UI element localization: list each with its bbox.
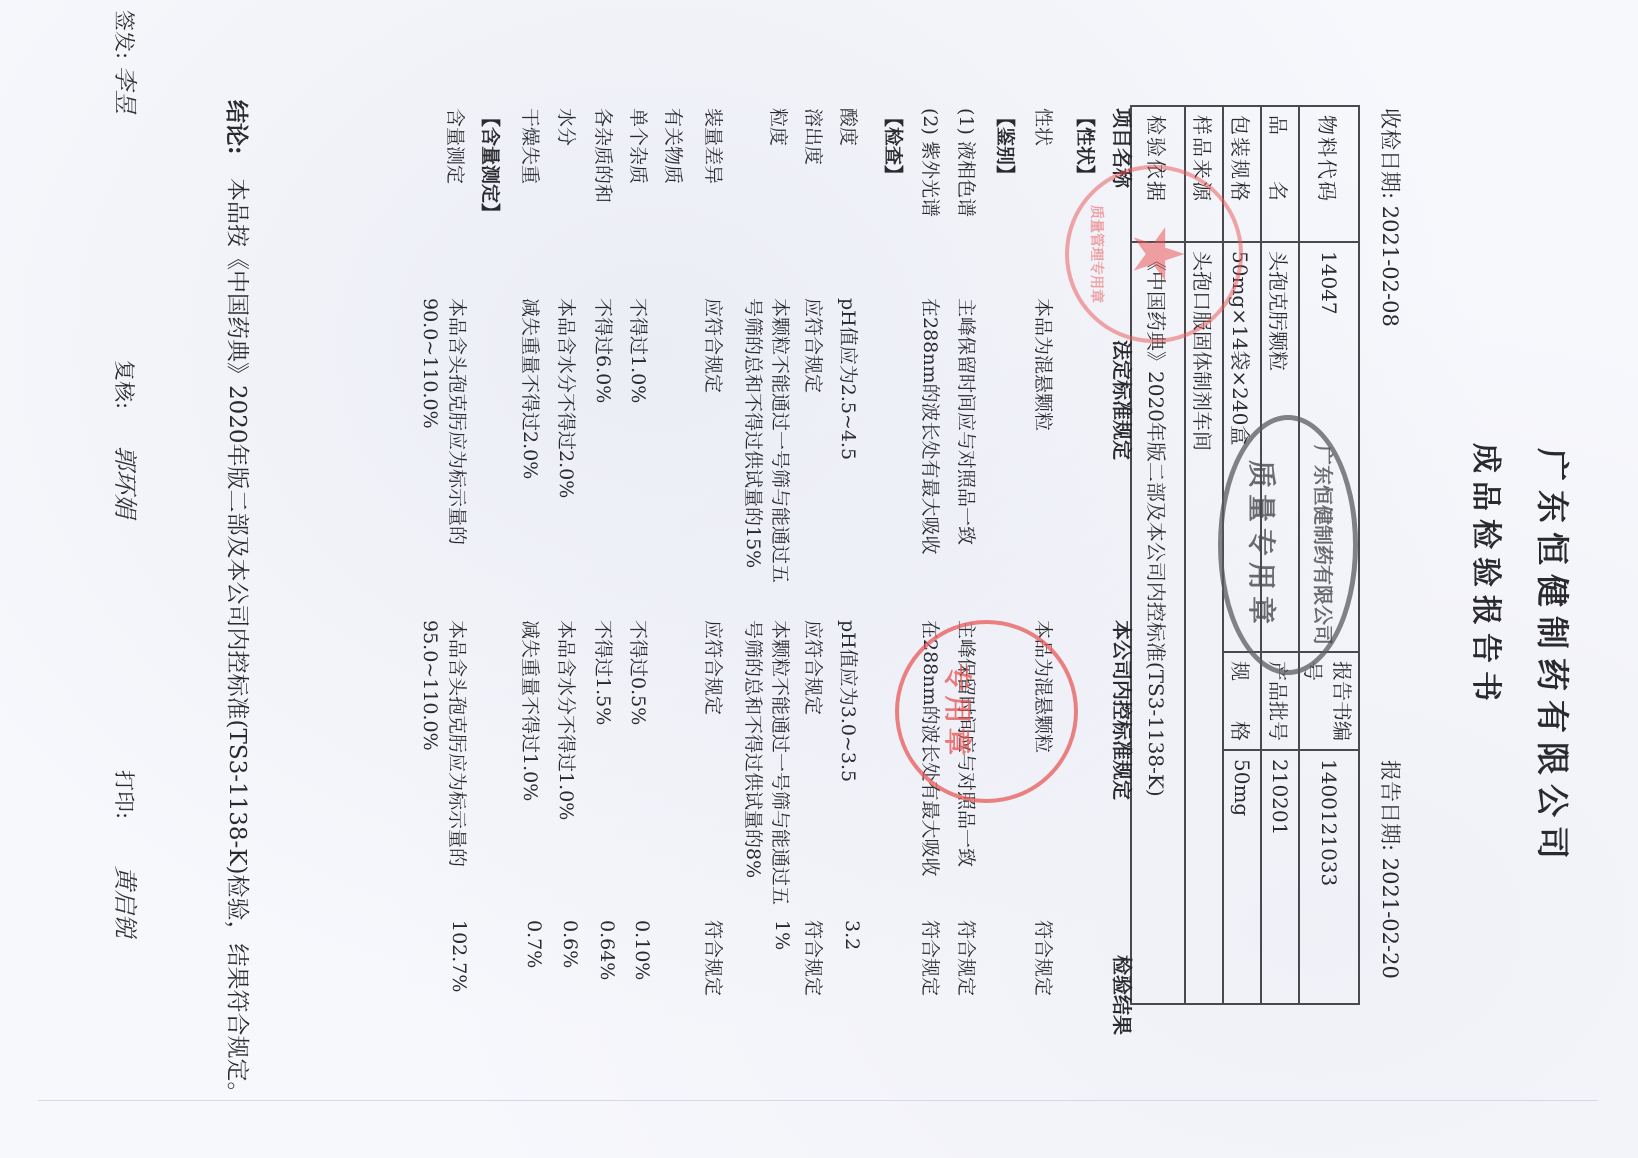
- item-name: 【含量测定】: [478, 108, 505, 222]
- batch-no-label: 产品批号: [1261, 652, 1299, 750]
- table-row: 溶出度应符合规定应符合规定符合规定: [798, 0, 828, 1158]
- table-row: 性状本品为混悬颗粒本品为混悬颗粒符合规定: [1028, 0, 1058, 1158]
- result-value: 0.10%: [631, 920, 653, 980]
- conclusion-label: 结论:: [220, 100, 253, 178]
- table-row: (1) 液相色谱主峰保留时间应与对照品一致主峰保留时间应与对照品一致符合规定: [951, 0, 981, 1158]
- result-value: 0.6%: [559, 920, 581, 968]
- table-row: 【含量测定】: [475, 0, 505, 1158]
- printer-signature: 打印: 黄启锐: [110, 770, 145, 938]
- item-name: 粒度: [766, 108, 793, 146]
- item-name: 各杂质的和: [591, 108, 618, 203]
- company-name: 广东恒健制药有限公司: [1531, 448, 1578, 868]
- item-name: 【性状】: [1073, 108, 1100, 184]
- legal-standard: 不得过6.0%: [591, 298, 618, 403]
- item-name: 【鉴别】: [993, 108, 1020, 184]
- review-sign: 郭环娟: [111, 446, 139, 518]
- receive-date: 收检日期: 2021-02-08: [1376, 108, 1406, 327]
- result-value: 符合规定: [954, 920, 981, 996]
- table-row: 有关物质: [658, 0, 688, 1158]
- result-value: 0.64%: [596, 920, 618, 980]
- col-legal-standard: 法定标准规定: [1109, 340, 1138, 460]
- print-label: 打印:: [112, 770, 136, 819]
- basis-label: 检验依据: [1131, 106, 1185, 242]
- result-value: 1%: [771, 920, 793, 950]
- item-name: 性状: [1031, 108, 1058, 146]
- table-row: 粒度本颗粒不能通过一号筛与能通过五号筛的总和不得过供试量的15%本颗粒不能通过一…: [763, 0, 793, 1158]
- spec-label: 规 格: [1223, 652, 1261, 750]
- basis-value: 《中国药典》2020年版二部及本公司内控标准(TS3-1138-K): [1131, 242, 1185, 1004]
- table-row: 各杂质的和不得过6.0%不得过1.5%0.64%: [588, 0, 618, 1158]
- item-name: 水分: [554, 108, 581, 146]
- legal-standard: 本品含头孢克肟应为标示量的90.0~110.0%: [416, 298, 470, 598]
- item-name: (1) 液相色谱: [954, 108, 981, 217]
- issue-label: 签发:: [112, 10, 136, 59]
- table-row: 干燥失重减失重量不得过2.0%减失重量不得过1.0%0.7%: [515, 0, 545, 1158]
- report-title: 成品检验报告书: [1467, 443, 1511, 709]
- report-date: 报告日期: 2021-02-20: [1376, 760, 1406, 979]
- spec-value: 50mg: [1223, 750, 1261, 1004]
- issue-sign: 李昱: [111, 66, 139, 114]
- result-value: 102.7%: [448, 920, 470, 992]
- table-row: 装量差异应符合规定应符合规定符合规定: [698, 0, 728, 1158]
- company-standard: 本颗粒不能通过一号筛与能通过五号筛的总和不得过供试量的8%: [739, 620, 793, 920]
- item-name: 有关物质: [661, 108, 688, 184]
- item-name: 干燥失重: [518, 108, 545, 184]
- review-label: 复核:: [112, 360, 136, 409]
- legal-standard: 主峰保留时间应与对照品一致: [954, 298, 981, 545]
- table-row: 【检查】: [878, 0, 908, 1158]
- legal-standard: 本颗粒不能通过一号筛与能通过五号筛的总和不得过供试量的15%: [739, 298, 793, 598]
- col-result: 检验结果: [1109, 955, 1138, 1035]
- table-row: 含量测定本品含头孢克肟应为标示量的90.0~110.0%本品含头孢克肟应为标示量…: [440, 0, 470, 1158]
- item-name: 含量测定: [443, 108, 470, 184]
- table-row: 【鉴别】: [990, 0, 1020, 1158]
- print-sign: 黄启锐: [111, 866, 139, 938]
- company-standard: 本品含水分不得过1.0%: [554, 620, 581, 820]
- legal-standard: 不得过1.0%: [626, 298, 653, 403]
- company-standard: pH值应为3.0~3.5: [836, 620, 863, 782]
- company-standard: 主峰保留时间应与对照品一致: [954, 620, 981, 867]
- company-standard: 本品含头孢克肟应为标示量的95.0~110.0%: [416, 620, 470, 920]
- result-value: 符合规定: [801, 920, 828, 996]
- package-label: 包装规格: [1223, 106, 1261, 242]
- result-value: 符合规定: [918, 920, 945, 996]
- info-table: 物料代码 14047 报告书编号 1400121033 品 名 头孢克肟颗粒 产…: [1130, 105, 1360, 1005]
- legal-standard: 应符合规定: [801, 298, 828, 393]
- table-row: 【性状】: [1070, 0, 1100, 1158]
- product-name-label: 品 名: [1261, 106, 1299, 242]
- legal-standard: 本品为混悬颗粒: [1031, 298, 1058, 431]
- legal-standard: 本品含水分不得过2.0%: [554, 298, 581, 498]
- company-standard: 本品为混悬颗粒: [1031, 620, 1058, 753]
- item-name: 溶出度: [801, 108, 828, 165]
- product-name-value: 头孢克肟颗粒: [1261, 242, 1299, 652]
- column-headers: 项目名称 法定标准规定 本公司内控标准规定 检验结果: [1108, 0, 1138, 1158]
- item-name: 【检查】: [881, 108, 908, 184]
- issuer-signature: 签发: 李昱: [110, 10, 145, 114]
- reviewer-signature: 复核: 郭环娟: [110, 360, 145, 518]
- receive-date-label: 收检日期:: [1378, 108, 1402, 199]
- table-row: 水分本品含水分不得过2.0%本品含水分不得过1.0%0.6%: [551, 0, 581, 1158]
- company-standard: 在288nm的波长处有最大吸收: [918, 620, 945, 877]
- report-no-label: 报告书编号: [1299, 652, 1359, 750]
- company-standard: 应符合规定: [701, 620, 728, 715]
- company-standard: 不得过1.5%: [591, 620, 618, 725]
- material-code-value: 14047: [1299, 242, 1359, 652]
- inspection-report-page: 广东恒健制药有限公司 成品检验报告书 收检日期: 2021-02-08 报告日期…: [0, 0, 1638, 1158]
- conclusion: 结论:本品按《中国药典》2020年版二部及本公司内控标准(TS3-1138-K)…: [220, 100, 253, 968]
- report-no-value: 1400121033: [1299, 750, 1359, 1004]
- batch-no-value: 210201: [1261, 750, 1299, 1004]
- package-value: 50mg×14袋×240盒: [1223, 242, 1261, 652]
- legal-standard: 应符合规定: [701, 298, 728, 393]
- item-name: 装量差异: [701, 108, 728, 184]
- receive-date-value: 2021-02-08: [1378, 206, 1402, 327]
- result-value: 符合规定: [1031, 920, 1058, 996]
- result-value: 3.2: [841, 920, 863, 950]
- sample-source-label: 样品来源: [1185, 106, 1223, 242]
- company-standard: 应符合规定: [801, 620, 828, 715]
- item-name: 单个杂质: [626, 108, 653, 184]
- col-item: 项目名称: [1109, 108, 1138, 188]
- legal-standard: 在288nm的波长处有最大吸收: [918, 298, 945, 555]
- legal-standard: pH值应为2.5~4.5: [836, 298, 863, 460]
- company-standard: 减失重量不得过1.0%: [518, 620, 545, 801]
- item-name: (2) 紫外光谱: [918, 108, 945, 217]
- sample-source-value: 头孢口服固体制剂车间: [1185, 242, 1223, 1004]
- table-row: 单个杂质不得过1.0%不得过0.5%0.10%: [623, 0, 653, 1158]
- result-value: 符合规定: [701, 920, 728, 996]
- col-company-standard: 本公司内控标准规定: [1109, 620, 1138, 800]
- item-name: 酸度: [836, 108, 863, 146]
- report-date-label: 报告日期:: [1378, 760, 1402, 851]
- company-standard: 不得过0.5%: [626, 620, 653, 725]
- table-row: 酸度pH值应为2.5~4.5pH值应为3.0~3.53.2: [833, 0, 863, 1158]
- table-row: (2) 紫外光谱在288nm的波长处有最大吸收在288nm的波长处有最大吸收符合…: [915, 0, 945, 1158]
- material-code-label: 物料代码: [1299, 106, 1359, 242]
- result-value: 0.7%: [523, 920, 545, 968]
- report-date-value: 2021-02-20: [1378, 858, 1402, 979]
- conclusion-text: 本品按《中国药典》2020年版二部及本公司内控标准(TS3-1138-K)检验，…: [220, 178, 253, 968]
- legal-standard: 减失重量不得过2.0%: [518, 298, 545, 479]
